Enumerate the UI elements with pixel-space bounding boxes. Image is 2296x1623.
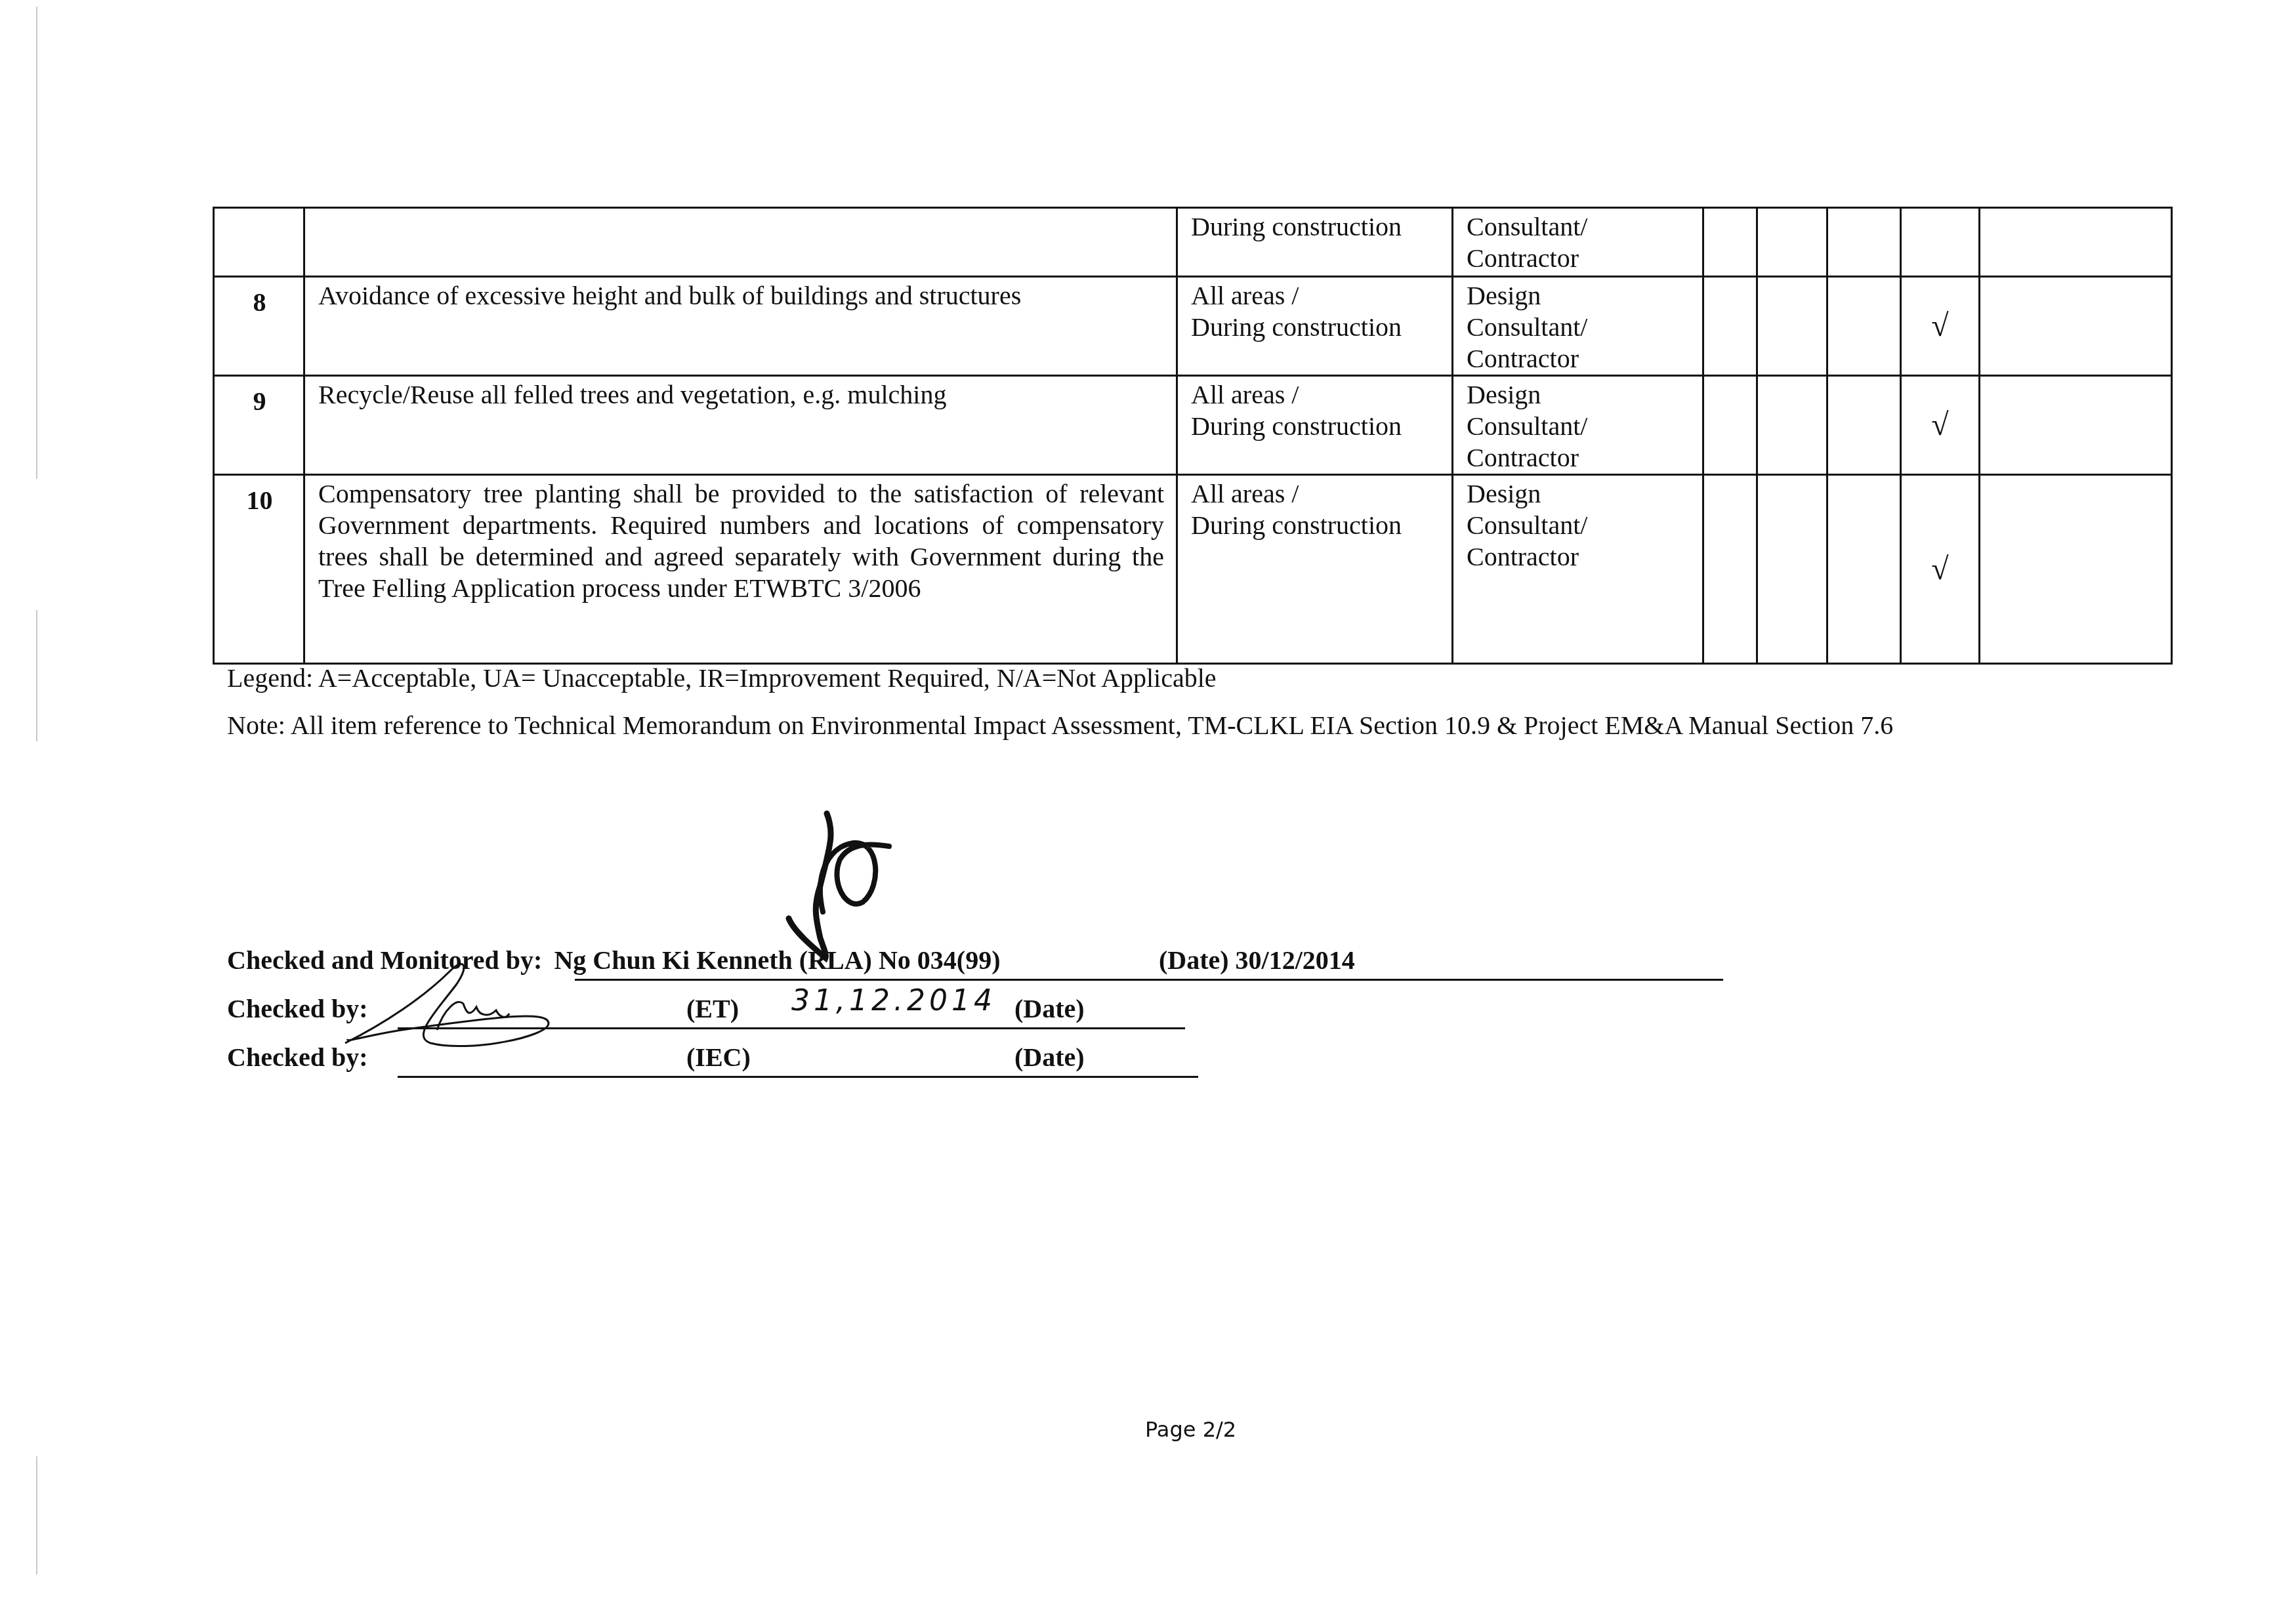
item-description: Recycle/Reuse all felled trees and veget… [304, 376, 1177, 475]
table-row: During constructionConsultant/Contractor [214, 208, 2172, 277]
agent-line: Design [1467, 379, 1690, 411]
scan-margin-mark [36, 610, 37, 741]
status-cell [1757, 475, 1827, 664]
item-number: 8 [214, 277, 304, 376]
agent-line: Contractor [1467, 442, 1690, 474]
agent-line: Consultant/ [1467, 211, 1690, 243]
location-line: All areas / [1191, 478, 1440, 510]
item-location: All areas /During construction [1177, 376, 1453, 475]
status-cell [1703, 208, 1757, 277]
agent-line: Design [1467, 280, 1690, 312]
status-cell [1827, 208, 1901, 277]
implementation-agent: Consultant/Contractor [1453, 208, 1703, 277]
location-line: During construction [1191, 312, 1440, 343]
location-line: During construction [1191, 411, 1440, 442]
page-number: Page 2/2 [1145, 1417, 1236, 1442]
item-location: During construction [1177, 208, 1453, 277]
location-line: All areas / [1191, 280, 1440, 312]
implementation-agent: DesignConsultant/Contractor [1453, 376, 1703, 475]
status-cell [1827, 475, 1901, 664]
item-number [214, 208, 304, 277]
status-cell [1703, 376, 1757, 475]
iec-date-label: (Date) [1014, 1042, 1085, 1072]
status-cell [1757, 277, 1827, 376]
status-cell [1827, 277, 1901, 376]
agent-line: Consultant/ [1467, 411, 1690, 442]
agent-line: Contractor [1467, 243, 1690, 274]
implementation-agent: DesignConsultant/Contractor [1453, 475, 1703, 664]
table-row: 10Compensatory tree planting shall be pr… [214, 475, 2172, 664]
checklist-table: During constructionConsultant/Contractor… [213, 207, 2173, 665]
item-remarks [1980, 376, 2172, 475]
item-remarks [1980, 475, 2172, 664]
iec-label: Checked by: [227, 1042, 367, 1072]
location-line: During construction [1191, 211, 1440, 243]
status-cell [1703, 475, 1757, 664]
status-cell [1703, 277, 1757, 376]
status-cell [1757, 376, 1827, 475]
et-handwritten-date: 31,12.2014 [791, 984, 996, 1017]
item-description [304, 208, 1177, 277]
item-location: All areas /During construction [1177, 277, 1453, 376]
agent-line: Consultant/ [1467, 510, 1690, 541]
location-line: During construction [1191, 510, 1440, 541]
scan-margin-mark [36, 7, 37, 479]
item-number: 10 [214, 475, 304, 664]
table-row: 9Recycle/Reuse all felled trees and vege… [214, 376, 2172, 475]
item-number: 9 [214, 376, 304, 475]
status-cell [1827, 376, 1901, 475]
location-line: All areas / [1191, 379, 1440, 411]
iec-underline [398, 1076, 1198, 1078]
status-check-icon: √ [1901, 277, 1980, 376]
scan-margin-mark [36, 1456, 37, 1574]
status-check-icon: √ [1901, 475, 1980, 664]
item-location: All areas /During construction [1177, 475, 1453, 664]
item-description: Compensatory tree planting shall be prov… [304, 475, 1177, 664]
monitored-name: Ng Chun Ki Kenneth (RLA) No 034(99) [554, 945, 1000, 975]
item-remarks [1980, 277, 2172, 376]
table-row: 8Avoidance of excessive height and bulk … [214, 277, 2172, 376]
monitored-date: (Date) 30/12/2014 [1159, 945, 1355, 975]
agent-line: Consultant/ [1467, 312, 1690, 343]
implementation-agent: DesignConsultant/Contractor [1453, 277, 1703, 376]
agent-line: Contractor [1467, 343, 1690, 375]
status-check-icon [1901, 208, 1980, 277]
status-cell [1757, 208, 1827, 277]
et-role: (ET) [686, 994, 739, 1023]
status-check-icon: √ [1901, 376, 1980, 475]
agent-line: Contractor [1467, 541, 1690, 573]
agent-line: Design [1467, 478, 1690, 510]
monitored-underline [575, 979, 1723, 981]
et-date-label: (Date) [1014, 994, 1085, 1023]
item-description: Avoidance of excessive height and bulk o… [304, 277, 1177, 376]
legend-text: Legend: A=Acceptable, UA= Unacceptable, … [227, 663, 1217, 693]
note-text: Note: All item reference to Technical Me… [227, 710, 1893, 741]
rla-signature [774, 807, 945, 964]
iec-role: (IEC) [686, 1042, 751, 1072]
item-remarks [1980, 208, 2172, 277]
